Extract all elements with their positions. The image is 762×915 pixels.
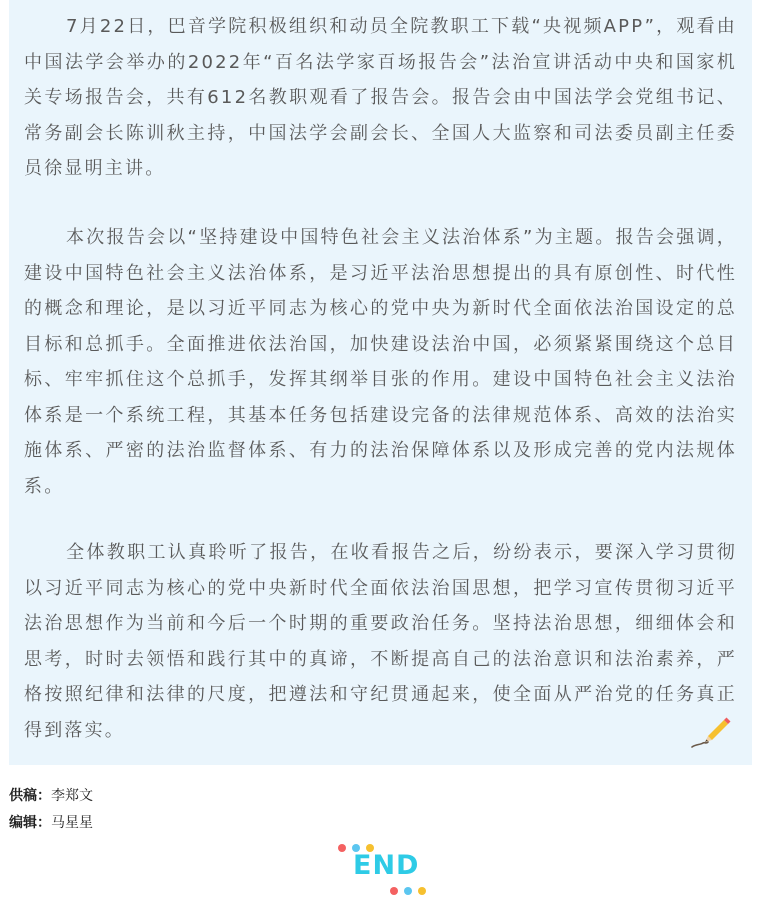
contributor-label: 供稿： xyxy=(9,788,51,804)
contributor-row: 供稿：李郑文 xyxy=(9,783,93,810)
editor-row: 编辑：马星星 xyxy=(9,810,93,837)
article-paragraph-2: 本次报告会以“坚持建设中国特色社会主义法治体系”为主题。报告会强调，建设中国特色… xyxy=(24,220,737,504)
editor-label: 编辑： xyxy=(9,815,51,831)
paragraph-text: 全体教职工认真聆听了报告，在收看报告之后，纷纷表示，要深入学习贯彻以习近平同志为… xyxy=(24,542,737,741)
dot-red-icon xyxy=(390,887,398,895)
paragraph-text: 本次报告会以“坚持建设中国特色社会主义法治体系”为主题。报告会强调，建设中国特色… xyxy=(24,227,737,497)
contributor-name: 李郑文 xyxy=(51,788,93,804)
article-paragraph-1: 7月22日，巴音学院积极组织和动员全院教职工下载“央视频APP”，观看由中国法学… xyxy=(24,9,737,187)
end-text: END xyxy=(353,850,419,881)
editor-name: 马星星 xyxy=(51,815,93,831)
dot-blue-icon xyxy=(404,887,412,895)
pencil-icon xyxy=(691,714,733,750)
dot-yellow-icon xyxy=(418,887,426,895)
article-content-box: 7月22日，巴音学院积极组织和动员全院教职工下载“央视频APP”，观看由中国法学… xyxy=(9,0,752,765)
dot-red-icon xyxy=(338,844,346,852)
article-paragraph-3: 全体教职工认真聆听了报告，在收看报告之后，纷纷表示，要深入学习贯彻以习近平同志为… xyxy=(24,535,737,748)
end-logo: END xyxy=(335,844,425,900)
paragraph-text: 7月22日，巴音学院积极组织和动员全院教职工下载“央视频APP”，观看由中国法学… xyxy=(24,16,737,179)
credits: 供稿：李郑文 编辑：马星星 xyxy=(9,783,93,837)
